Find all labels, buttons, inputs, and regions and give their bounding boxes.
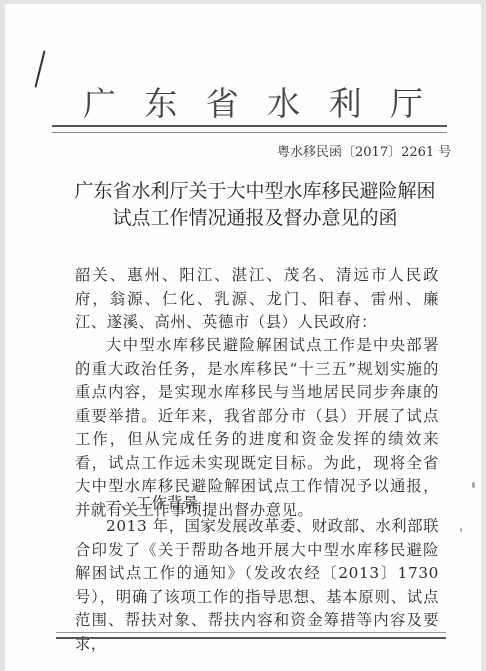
letterhead-char: 厅 xyxy=(390,78,423,125)
handwritten-mark xyxy=(34,50,45,87)
section-heading: 一、工作背景 xyxy=(105,491,198,513)
letterhead-char: 东 xyxy=(144,78,177,125)
letterhead-char: 省 xyxy=(206,78,239,125)
footer-divider xyxy=(56,632,446,639)
scan-speck xyxy=(460,528,462,532)
letterhead-divider xyxy=(52,125,447,133)
document-number: 粤水移民函〔2017〕2261 号 xyxy=(277,141,451,160)
document-page: 广 东 省 水 利 厅 粤水移民函〔2017〕2261 号 广东省水利厅关于大中… xyxy=(5,4,481,671)
letterhead-char: 利 xyxy=(329,78,362,125)
letterhead-char: 广 xyxy=(83,78,116,125)
addressee: 韶关、惠州、阳江、湛江、茂名、清远市人民政府，翁源、仁化、乳源、龙门、阳春、雷州… xyxy=(75,264,439,335)
title-line: 广东省水利厅关于大中型水库移民避险解困 xyxy=(45,178,465,205)
letterhead-char: 水 xyxy=(267,78,300,125)
letterhead-title: 广 东 省 水 利 厅 xyxy=(83,78,423,125)
document-title: 广东省水利厅关于大中型水库移民避险解困 试点工作情况通报及督办意见的函 xyxy=(45,178,465,232)
scan-speck xyxy=(472,482,475,488)
title-line: 试点工作情况通报及督办意见的函 xyxy=(45,205,465,232)
